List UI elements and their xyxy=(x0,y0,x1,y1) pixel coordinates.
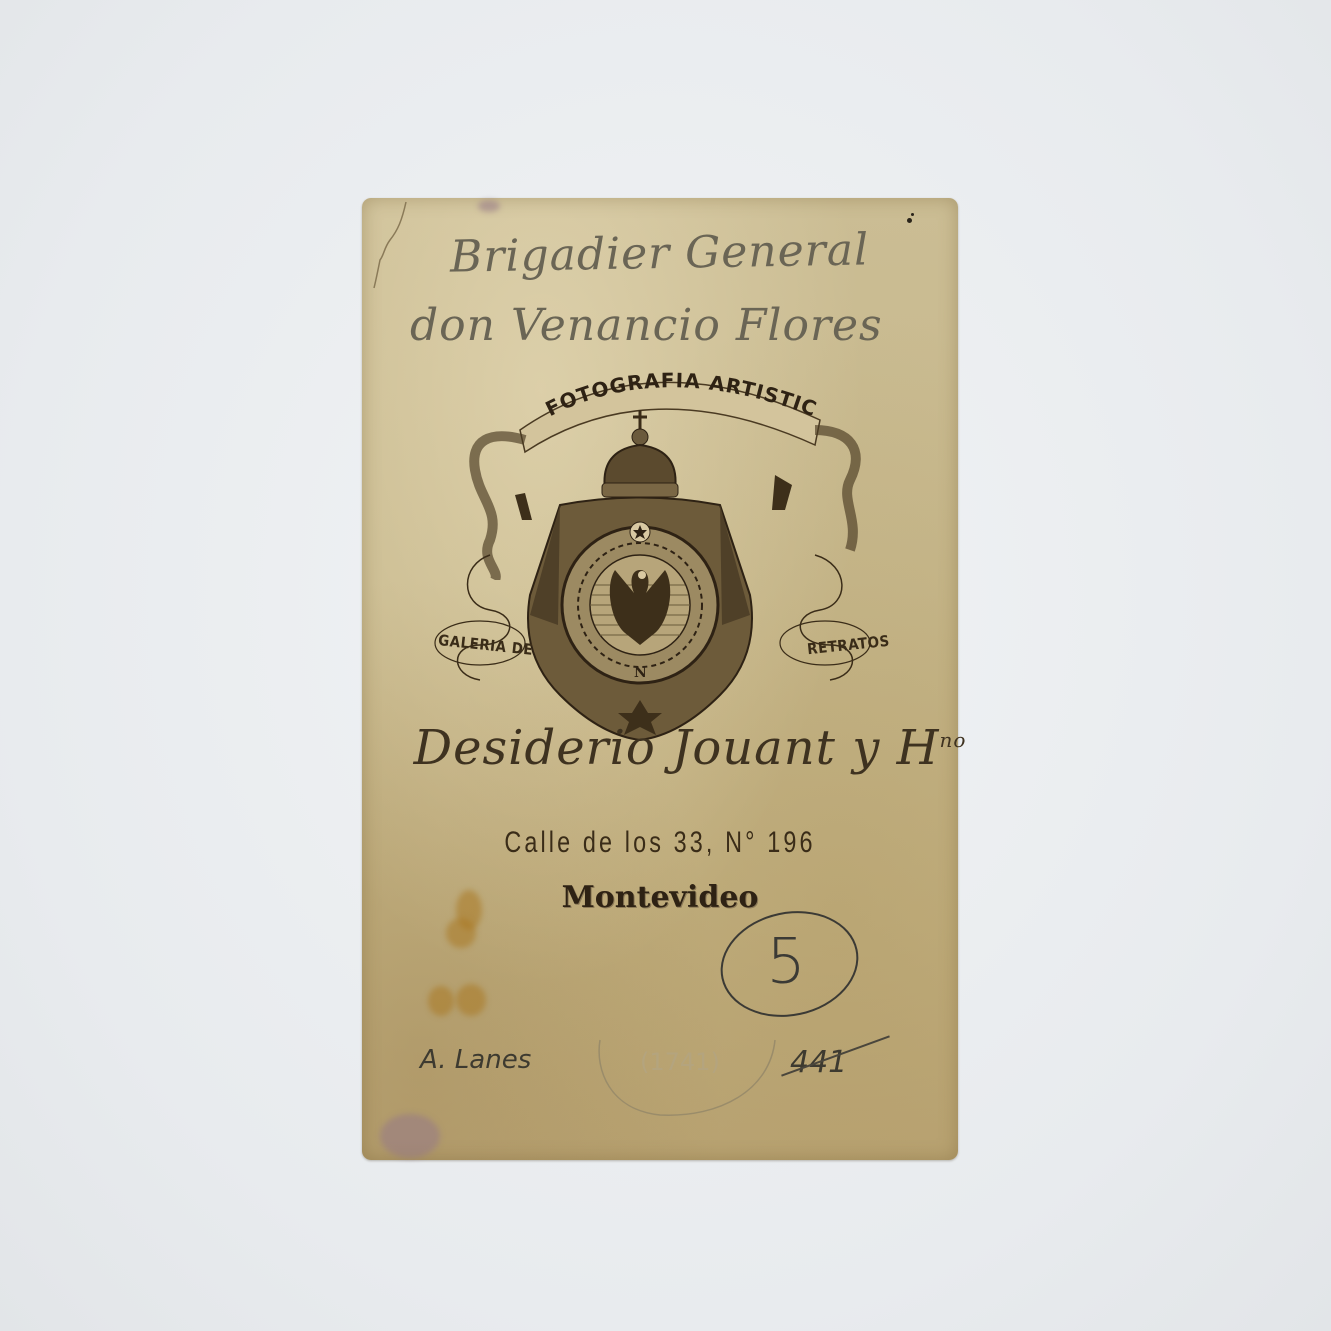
studio-city: Montevideo xyxy=(362,880,958,915)
crease-mark xyxy=(372,200,412,290)
handwritten-note-left: A. Lanes xyxy=(420,1045,531,1075)
stain xyxy=(428,986,454,1016)
stain xyxy=(446,918,476,948)
cross-icon xyxy=(633,410,647,430)
svg-text:N: N xyxy=(634,665,647,681)
studio-name: Desiderio Jouant y Hno xyxy=(410,720,970,776)
coat-of-arms: N xyxy=(420,395,900,755)
star-icon xyxy=(630,522,650,542)
ink-dot xyxy=(907,218,912,223)
studio-name-text: Desiderio Jouant y H xyxy=(414,720,940,776)
handwritten-title-line2: don Venancio Flores xyxy=(410,300,883,351)
faint-pencil-mark: (1741) xyxy=(580,1010,800,1120)
studio-address: Calle de los 33, N° 196 xyxy=(428,826,893,860)
ink-dot xyxy=(911,213,914,216)
stain xyxy=(456,984,486,1016)
crown-icon xyxy=(602,429,678,497)
stain xyxy=(380,1114,440,1158)
studio-suffix: no xyxy=(939,728,966,752)
handwritten-title-line1: Brigadier General xyxy=(450,224,870,282)
stain xyxy=(478,200,500,212)
svg-text:(1741): (1741) xyxy=(640,1048,720,1076)
circled-number-text: 5 xyxy=(766,925,805,998)
